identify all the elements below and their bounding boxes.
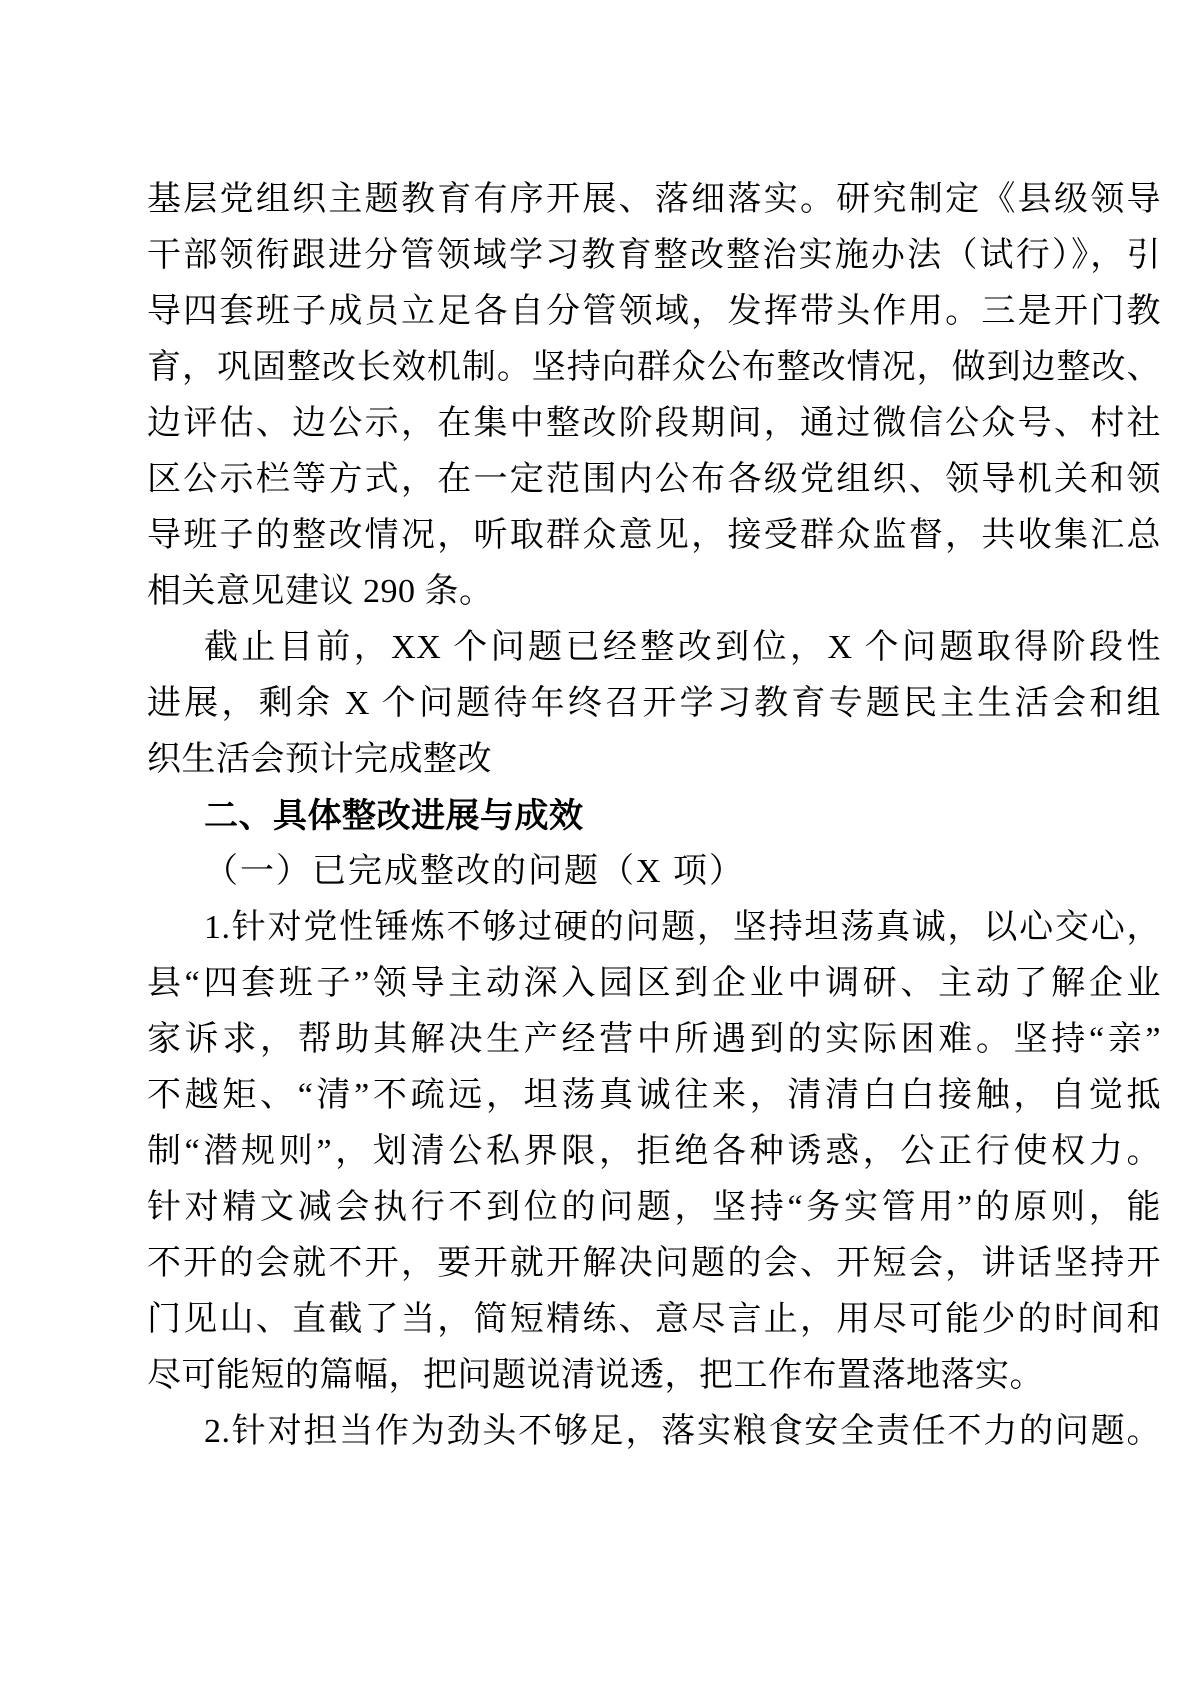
body-line: 截止目前，XX 个问题已经整改到位，X 个问题取得阶段性 (147, 620, 1161, 676)
body-line: 县“四套班子”领导主动深入园区到企业中调研、主动了解企业 (147, 956, 1161, 1012)
body-line: 1.针对党性锤炼不够过硬的问题，坚持坦荡真诚，以心交心， (147, 900, 1161, 956)
body-line: 针对精文减会执行不到位的问题，坚持“务实管用”的原则，能 (147, 1180, 1161, 1236)
subsection-heading: （一）已完成整改的问题（X 项） (147, 844, 1161, 900)
body-line: 制“潜规则”，划清公私界限，拒绝各种诱惑，公正行使权力。 (147, 1124, 1161, 1180)
section-heading: 二、具体整改进展与成效 (147, 788, 1161, 844)
body-line: 不开的会就不开，要开就开解决问题的会、开短会，讲话坚持开 (147, 1236, 1161, 1292)
body-line: 干部领衔跟进分管领域学习教育整改整治实施办法（试行）》，引 (147, 228, 1161, 284)
body-line: 导四套班子成员立足各自分管领域，发挥带头作用。三是开门教 (147, 284, 1161, 340)
body-line: 进展，剩余 X 个问题待年终召开学习教育专题民主生活会和组 (147, 676, 1161, 732)
body-line: 尽可能短的篇幅，把问题说清说透，把工作布置落地落实。 (147, 1348, 1161, 1404)
body-line: 边评估、边公示，在集中整改阶段期间，通过微信公众号、村社 (147, 396, 1161, 452)
body-line: 相关意见建议 290 条。 (147, 564, 1161, 620)
body-line: 育，巩固整改长效机制。坚持向群众公布整改情况，做到边整改、 (147, 340, 1161, 396)
body-line: 导班子的整改情况，听取群众意见，接受群众监督，共收集汇总 (147, 508, 1161, 564)
body-line: 家诉求，帮助其解决生产经营中所遇到的实际困难。坚持“亲” (147, 1012, 1161, 1068)
document-page: 基层党组织主题教育有序开展、落细落实。研究制定《县级领导 干部领衔跟进分管领域学… (0, 0, 1190, 1683)
body-line: 2.针对担当作为劲头不够足，落实粮食安全责任不力的问题。 (147, 1404, 1161, 1460)
document-body: 基层党组织主题教育有序开展、落细落实。研究制定《县级领导 干部领衔跟进分管领域学… (147, 172, 1161, 1460)
body-line: 织生活会预计完成整改 (147, 732, 1161, 788)
body-line: 不越矩、“清”不疏远，坦荡真诚往来，清清白白接触，自觉抵 (147, 1068, 1161, 1124)
body-line: 区公示栏等方式，在一定范围内公布各级党组织、领导机关和领 (147, 452, 1161, 508)
body-line: 门见山、直截了当，简短精练、意尽言止，用尽可能少的时间和 (147, 1292, 1161, 1348)
body-line: 基层党组织主题教育有序开展、落细落实。研究制定《县级领导 (147, 172, 1161, 228)
